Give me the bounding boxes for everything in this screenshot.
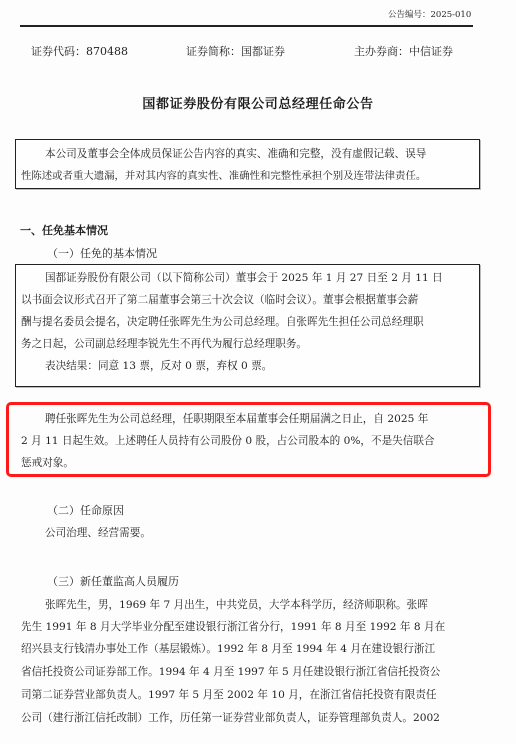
- vote-result: 表决结果：同意 13 票，反对 0 票，弃权 0 票。: [45, 358, 272, 373]
- section-heading: 一、任免基本情况: [20, 222, 108, 238]
- highlight-line: 聘任张晖先生为公司总经理，任职期限至本届董事会任期届满之日止，自 2025 年: [45, 411, 428, 426]
- resume-line: 省信托投资公司证券部工作。1994 年 4 月至 1997 年 5 月任建设银行…: [21, 664, 440, 679]
- subsection-heading: （一）任免的基本情况: [47, 245, 157, 261]
- resume-line: 先生 1991 年 8 月大学毕业分配至建设银行浙江省分行，1991 年 8 月…: [21, 619, 445, 634]
- notice-number: 公告编号：2025-010: [388, 8, 471, 20]
- resume-line: 司第二证券营业部负责人。1997 年 5 月至 2002 年 10 月，在浙江省…: [21, 687, 437, 702]
- header-divider: [20, 25, 473, 27]
- disclaimer-line: 性陈述或者重大遗漏，并对其内容的真实性、准确性和完整性承担个别及连带法律责任。: [21, 167, 426, 182]
- page-title: 国都证券股份有限公司总经理任命公告: [0, 93, 516, 112]
- appointment-details-box: 国都证券股份有限公司（以下简称公司）董事会于 2025 年 1 月 27 日至 …: [15, 264, 480, 387]
- details-line: 酬与提名委员会提名，决定聘任张晖先生为公司总经理。自张晖先生担任公司总经理职: [21, 314, 424, 329]
- highlight-line: 2 月 11 日起生效。上述聘任人员持有公司股份 0 股，占公司股本的 0%，不…: [21, 433, 435, 448]
- resume-line: 公司（建行浙江信托改制）工作，历任第一证券营业部负责人，证券管理部负责人。200…: [21, 710, 440, 725]
- highlight-line: 惩戒对象。: [21, 455, 74, 470]
- stock-name: 证券简称：国都证券: [186, 43, 285, 59]
- subsection-heading: （三）新任董监高人员履历: [47, 573, 179, 589]
- details-line: 以书面会议形式召开了第二届董事会第三十次会议（临时会议）。董事会根据董事会薪: [21, 292, 418, 307]
- disclaimer-box: 本公司及董事会全体成员保证公告内容的真实、准确和完整，没有虚假记载、误导 性陈述…: [15, 139, 480, 189]
- details-line: 国都证券股份有限公司（以下简称公司）董事会于 2025 年 1 月 27 日至 …: [45, 270, 443, 285]
- reason-text: 公司治理、经营需要。: [45, 525, 151, 540]
- details-line: 务之日起，公司副总经理李锐先生不再代为履行总经理职务。: [21, 336, 307, 351]
- resume-line: 绍兴县支行钱清办事处工作（基层锻炼）。1992 年 8 月至 1994 年 4 …: [21, 641, 435, 656]
- sponsor-broker: 主办券商：中信证券: [354, 43, 453, 59]
- subsection-heading: （二）任命原因: [47, 502, 124, 518]
- resume-line: 张晖先生，男，1969 年 7 月出生，中共党员，大学本科学历，经济师职称。张晖: [45, 597, 428, 612]
- disclaimer-line: 本公司及董事会全体成员保证公告内容的真实、准确和完整，没有虚假记载、误导: [45, 146, 426, 161]
- stock-code: 证券代码：870488: [31, 43, 128, 59]
